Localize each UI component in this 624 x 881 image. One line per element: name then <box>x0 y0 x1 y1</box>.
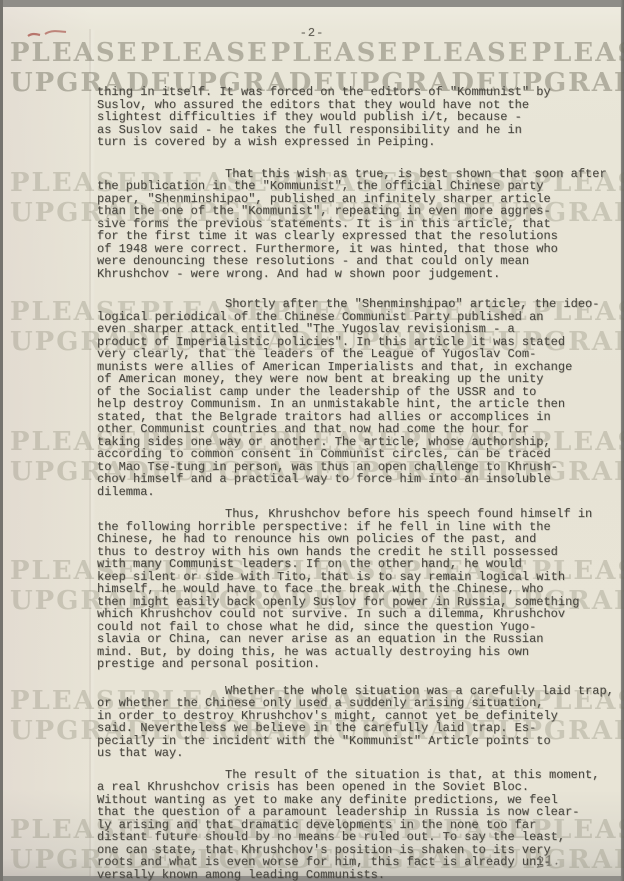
text-line: versally known among leading Communists. <box>97 869 597 881</box>
text-line: very clearly, that the leaders of the Le… <box>97 348 597 361</box>
text-line: were denouncing these resolutions - and … <box>97 255 597 268</box>
text-line: himself, he would have to face the break… <box>97 583 597 596</box>
text-line: dilemma. <box>97 486 597 499</box>
text-line: help destroy Communism. In an unmistakab… <box>97 398 597 411</box>
text-line: of American money, they were now bent at… <box>97 373 597 386</box>
left-margin-tint <box>3 7 95 876</box>
text-line: which Khrushchov could not survive. In s… <box>97 608 597 621</box>
text-line: for the first time it was clearly expres… <box>97 230 597 243</box>
text-line: Khrushchov - were wrong. And had w shown… <box>97 268 597 281</box>
scanner-edge-right <box>620 0 624 881</box>
text-line: Thus, Khrushchov before his speech found… <box>97 508 597 521</box>
text-line: than the one of the "Kommunist", repeati… <box>97 205 597 218</box>
text-line: chov himself and a practical way to forc… <box>97 473 597 486</box>
text-line: even sharper attack entitled "The Yugosl… <box>97 323 597 336</box>
paragraph: That this wish as true, is best shown th… <box>97 168 597 281</box>
typewritten-text: thing in itself. It was forced on the ed… <box>97 86 597 881</box>
text-line: Chinese, he had to renounce his own poli… <box>97 533 597 546</box>
paragraph: Shortly after the "Shenminshipao" articl… <box>97 298 597 498</box>
text-line: or whether the Chinese only used a sudde… <box>97 697 597 710</box>
text-line: according to common consent in Communist… <box>97 448 597 461</box>
text-line: slightest difficulties if they would pub… <box>97 111 597 124</box>
text-line: Shortly after the "Shenminshipao" articl… <box>97 298 597 311</box>
paragraph: Whether the whole situation was a carefu… <box>97 685 597 760</box>
text-line: the publication in the "Kommunist", the … <box>97 180 597 193</box>
document-scan: PLEASEPLEASEPLEASEPLEASEPLEASEUPGRADEUPG… <box>0 0 624 881</box>
text-line: turn is covered by a wish expressed in P… <box>97 136 597 149</box>
text-line: that the question of a paramount leaders… <box>97 806 597 819</box>
paragraph: Thus, Khrushchov before his speech found… <box>97 508 597 671</box>
text-line: slavia or China, can never arise as an e… <box>97 633 597 646</box>
text-line: roots and what is even worse for him, th… <box>97 856 597 869</box>
text-line: other Communist countries and that now h… <box>97 423 597 436</box>
text-line: thing in itself. It was forced on the ed… <box>97 86 597 99</box>
text-line: prestige and personal position. <box>97 658 597 671</box>
text-line: distant future should by no means be rul… <box>97 831 597 844</box>
paper-fold-line <box>89 29 91 876</box>
paragraph: The result of the situation is that, at … <box>97 769 597 881</box>
text-line: with many Communist leaders. If on the o… <box>97 558 597 571</box>
paragraph: thing in itself. It was forced on the ed… <box>97 86 597 149</box>
page-number: -2- <box>0 26 624 40</box>
scanner-edge-left <box>0 0 3 881</box>
text-line: us that way. <box>97 747 597 760</box>
text-line: said. Nevertheless we believe in the car… <box>97 722 597 735</box>
text-line: a real Khrushchov crisis has been opened… <box>97 781 597 794</box>
